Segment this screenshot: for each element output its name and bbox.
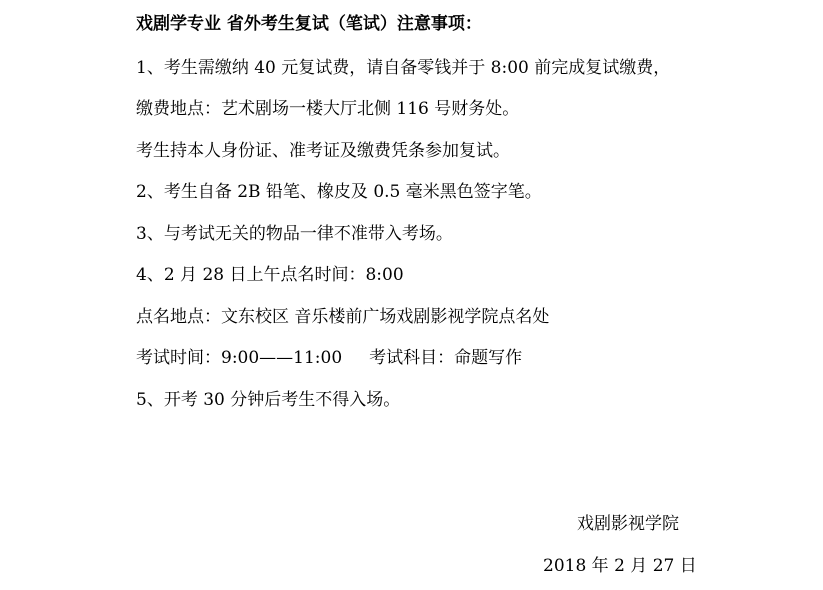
notice-line-5: 3、与考试无关的物品一律不准带入考场。 [136, 223, 453, 245]
signature-organization: 戏剧影视学院 [577, 513, 679, 535]
signature-date: 2018 年 2 月 27 日 [543, 555, 697, 577]
notice-line-8: 考试时间：9:00——11:00 考试科目：命题写作 [136, 347, 522, 369]
notice-line-6: 4、2 月 28 日上午点名时间：8:00 [136, 264, 404, 286]
notice-line-1: 1、考生需缴纳 40 元复试费，请自备零钱并于 8:00 前完成复试缴费， [136, 57, 670, 79]
notice-line-9: 5、开考 30 分钟后考生不得入场。 [136, 389, 400, 411]
notice-line-7: 点名地点：文东校区 音乐楼前广场戏剧影视学院点名处 [136, 306, 549, 328]
notice-line-2: 缴费地点：艺术剧场一楼大厅北侧 116 号财务处。 [136, 98, 519, 120]
notice-title: 戏剧学专业 省外考生复试（笔试）注意事项： [136, 13, 482, 35]
notice-line-3: 考生持本人身份证、准考证及缴费凭条参加复试。 [136, 140, 510, 162]
notice-line-4: 2、考生自备 2B 铅笔、橡皮及 0.5 毫米黑色签字笔。 [136, 181, 542, 203]
